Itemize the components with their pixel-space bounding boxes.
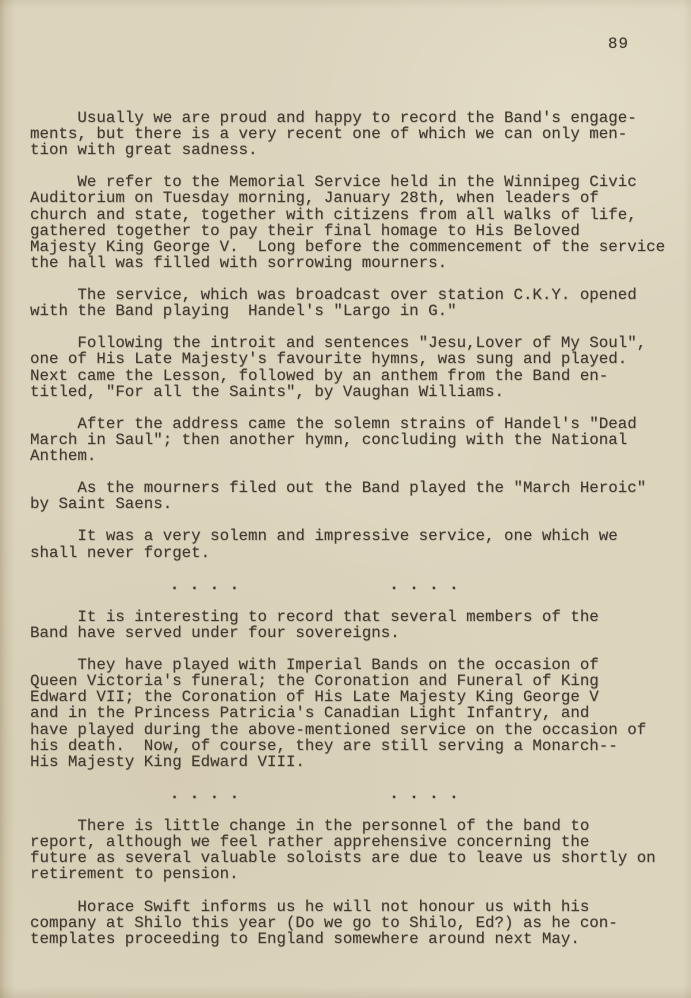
paragraph: They have played with Imperial Bands on … — [30, 657, 685, 770]
page-number: 89 — [608, 34, 629, 54]
typewritten-page: 89 Usually we are proud and happy to rec… — [0, 0, 691, 998]
paragraph: It was a very solemn and impressive serv… — [30, 528, 685, 560]
paragraph: Following the introit and sentences "Jes… — [30, 335, 685, 399]
paragraph: Horace Swift informs us he will not hono… — [30, 899, 685, 947]
separator-dots: . . . . . . . . — [30, 786, 685, 802]
paragraph: After the address came the solemn strain… — [30, 416, 685, 464]
paragraph: The service, which was broadcast over st… — [30, 287, 685, 319]
paragraph: Usually we are proud and happy to record… — [30, 110, 685, 158]
separator-dots: . . . . . . . . — [30, 577, 685, 593]
paragraph: It is interesting to record that several… — [30, 609, 685, 641]
paragraph: There is little change in the personnel … — [30, 818, 685, 882]
page-body-text: Usually we are proud and happy to record… — [30, 110, 685, 963]
paragraph: As the mourners filed out the Band playe… — [30, 480, 685, 512]
paragraph: We refer to the Memorial Service held in… — [30, 174, 685, 271]
